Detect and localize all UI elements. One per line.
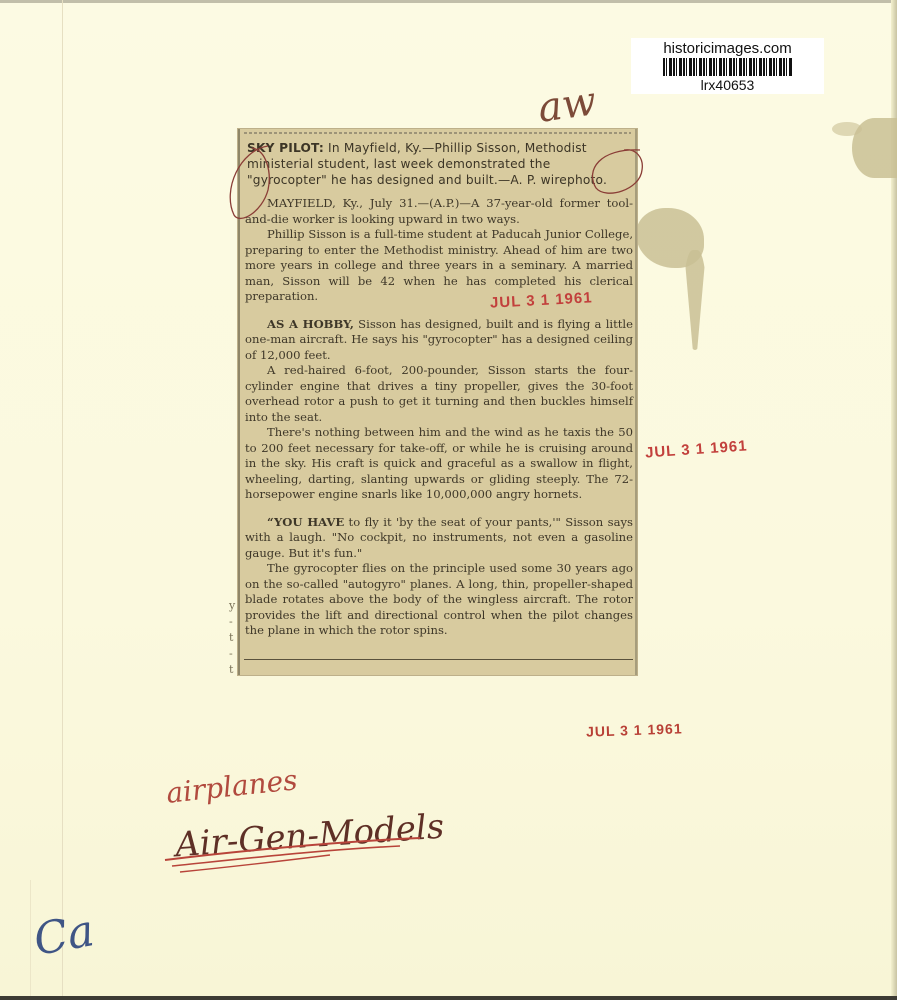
date-stamp: JUL 3 1 1961: [586, 720, 683, 739]
newspaper-clipping: SKY PILOT: In Mayfield, Ky.—Phillip Siss…: [238, 129, 637, 675]
article-paragraph: AS A HOBBY, Sisson has designed, built a…: [245, 317, 633, 364]
article-paragraph: “YOU HAVE to fly it 'by the seat of your…: [245, 515, 633, 562]
paragraph-text: The gyrocopter flies on the principle us…: [245, 561, 633, 637]
article-paragraph: There's nothing between him and the wind…: [245, 425, 633, 503]
photo-caption: SKY PILOT: In Mayfield, Ky.—Phillip Siss…: [247, 140, 631, 188]
archive-label: historicimages.com lrx40653: [631, 38, 824, 94]
paragraph-lead: AS A HOBBY,: [267, 317, 354, 331]
article-body: MAYFIELD, Ky., July 31.—(A.P.)—A 37-year…: [245, 196, 633, 639]
date-stamp: JUL 3 1 1961: [645, 437, 749, 461]
water-stain: [684, 250, 706, 350]
handwritten-category: airplanes: [165, 763, 299, 810]
paragraph-text: MAYFIELD, Ky., July 31.—(A.P.)—A 37-year…: [245, 196, 633, 226]
water-stain: [832, 122, 862, 136]
handwritten-initials: aw: [535, 78, 599, 132]
paragraph-text: There's nothing between him and the wind…: [245, 425, 633, 501]
archival-backing-board: historicimages.com lrx40653 SKY PILOT: I…: [0, 0, 897, 1000]
clipping-bottom-rule: [244, 659, 633, 660]
article-paragraph: A red-haired 6-foot, 200-pounder, Sisson…: [245, 363, 633, 425]
clipping-top-rule: [244, 132, 631, 134]
label-code: lrx40653: [631, 77, 824, 93]
barcode-icon: [663, 58, 793, 76]
handwritten-initials-blue: Ca: [30, 905, 98, 966]
board-crease: [30, 880, 31, 1000]
paragraph-text: A red-haired 6-foot, 200-pounder, Sisson…: [245, 363, 633, 424]
article-paragraph: MAYFIELD, Ky., July 31.—(A.P.)—A 37-year…: [245, 196, 633, 227]
caption-lead: SKY PILOT:: [247, 141, 324, 155]
handwritten-old-category: Air-Gen-Models: [174, 807, 445, 866]
label-site: historicimages.com: [631, 40, 824, 57]
board-crease: [62, 0, 63, 1000]
paragraph-lead: “YOU HAVE: [267, 515, 344, 529]
bottom-edge: [0, 996, 897, 1000]
top-edge: [0, 0, 897, 3]
article-paragraph: The gyrocopter flies on the principle us…: [245, 561, 633, 639]
margin-marks: y-t-t: [229, 598, 237, 678]
